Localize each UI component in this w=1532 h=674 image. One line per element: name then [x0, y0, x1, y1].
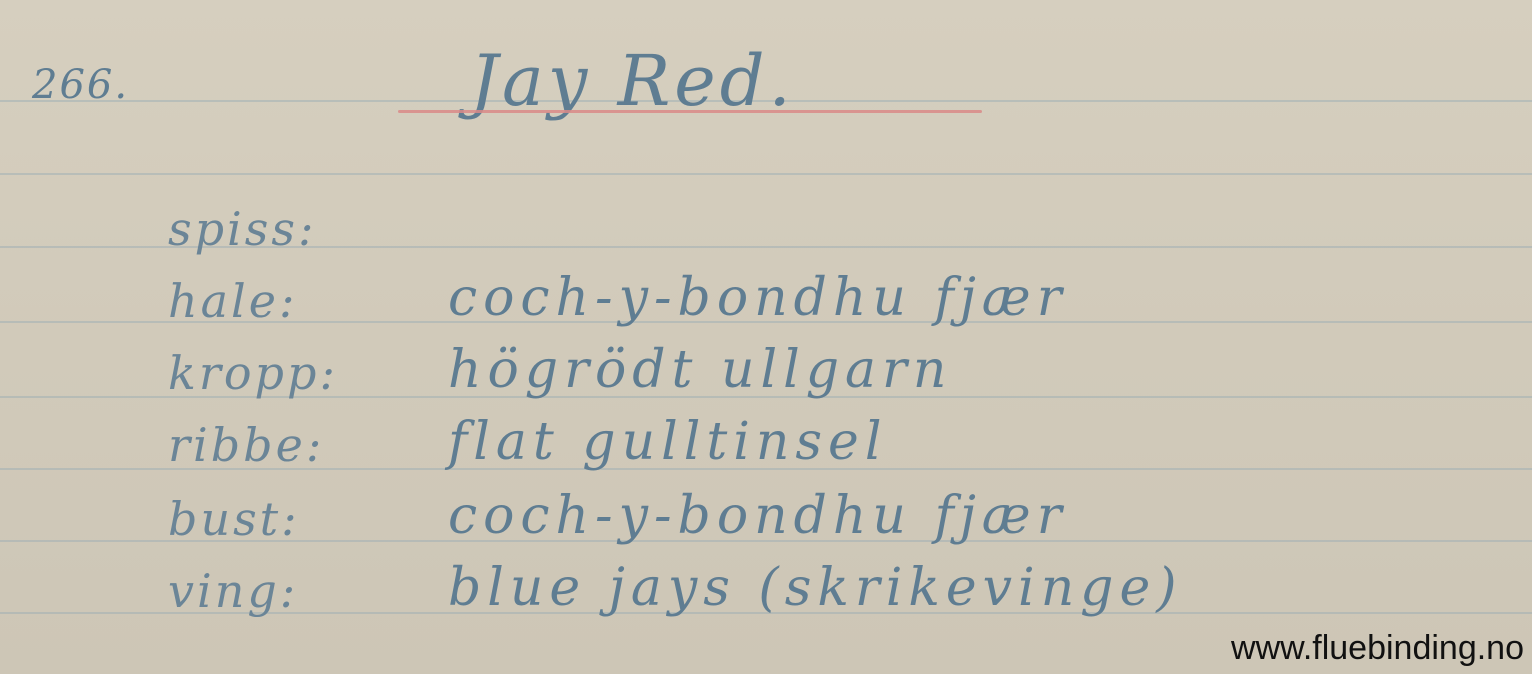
website-watermark: www.fluebinding.no: [1231, 629, 1524, 668]
recipe-value: högrödt ullgarn: [448, 340, 952, 400]
entry-number: 266.: [32, 62, 129, 108]
title-underline: [398, 110, 982, 113]
recipe-label: hale:: [168, 274, 297, 328]
recipe-value: flat gulltinsel: [448, 412, 887, 472]
ruled-line: [0, 173, 1532, 175]
recipe-label: spiss:: [168, 202, 316, 256]
recipe-value: blue jays (skrikevinge): [448, 558, 1183, 618]
recipe-label: kropp:: [168, 346, 338, 400]
recipe-label: bust:: [168, 492, 300, 546]
recipe-value: coch-y-bondhu fjær: [448, 486, 1068, 546]
notebook-page: 266. Jay Red. spiss: hale: coch-y-bondhu…: [0, 0, 1532, 674]
recipe-value: coch-y-bondhu fjær: [448, 268, 1068, 328]
recipe-label: ribbe:: [168, 418, 324, 472]
recipe-label: ving:: [168, 564, 298, 618]
